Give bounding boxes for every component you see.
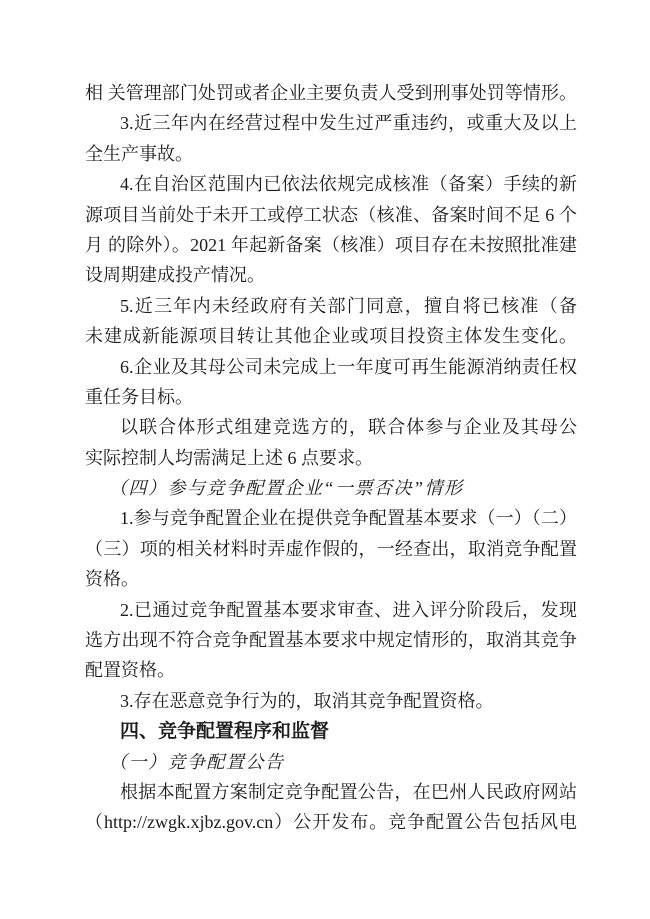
document-page: 相 关管理部门处罚或者企业主要负责人受到刑事处罚等情形。3.近三年内在经营过程中… (0, 0, 650, 919)
text-line-2: 3.近三年内在经营过程中发生过严重违约，或重大及以上安 (85, 108, 577, 138)
text-line-5: 源项目当前处于未开工或停工状态（核准、备案时间不足 6 个 (85, 200, 577, 230)
text-line-11: 重任务目标。 (85, 382, 577, 412)
text-line-15: 1.参与竞争配置企业在提供竞争配置基本要求（一）（二） (85, 503, 577, 533)
text-line-6: 月 的除外）。2021 年起新备案（核准）项目存在未按照批准建 (85, 230, 577, 260)
text-line-8: 5.近三年内未经政府有关部门同意，擅自将已核准（备案）、 (85, 291, 577, 321)
text-line-10: 6.企业及其母公司未完成上一年度可再生能源消纳责任权 (85, 352, 577, 382)
text-line-14: （四）参与竞争配置企业“一票否决”情形 (85, 473, 577, 503)
text-line-20: 配置资格。 (85, 655, 577, 685)
text-line-4: 4.在自治区范围内已依法依规完成核准（备案）手续的新能 (85, 169, 577, 199)
text-line-12: 以联合体形式组建竞选方的，联合体参与企业及其母公司、 (85, 412, 577, 442)
text-line-1: 相 关管理部门处罚或者企业主要负责人受到刑事处罚等情形。 (85, 78, 577, 108)
text-line-17: 资格。 (85, 564, 577, 594)
text-line-22: 四、竞争配置程序和监督 (85, 716, 577, 746)
text-line-19: 选方出现不符合竞争配置基本要求中规定情形的，取消其竞争 (85, 625, 577, 655)
text-line-23: （一）竞争配置公告 (85, 747, 577, 777)
text-line-21: 3.存在恶意竞争行为的，取消其竞争配置资格。 (85, 686, 577, 716)
text-line-25: （http://zwgk.xjbz.gov.cn）公开发布。竞争配置公告包括风电… (85, 807, 577, 837)
text-line-24: 根据本配置方案制定竞争配置公告，在巴州人民政府网站 (85, 777, 577, 807)
text-line-18: 2.已通过竞争配置基本要求审查、进入评分阶段后，发现竞 (85, 595, 577, 625)
text-line-7: 设周期建成投产情况。 (85, 260, 577, 290)
text-line-13: 实际控制人均需满足上述 6 点要求。 (85, 443, 577, 473)
text-line-9: 未建成新能源项目转让其他企业或项目投资主体发生变化。 (85, 321, 577, 351)
document-body: 相 关管理部门处罚或者企业主要负责人受到刑事处罚等情形。3.近三年内在经营过程中… (85, 78, 577, 838)
text-line-16: （三）项的相关材料时弄虚作假的，一经查出，取消竞争配置 (85, 534, 577, 564)
text-line-3: 全生产事故。 (85, 139, 577, 169)
